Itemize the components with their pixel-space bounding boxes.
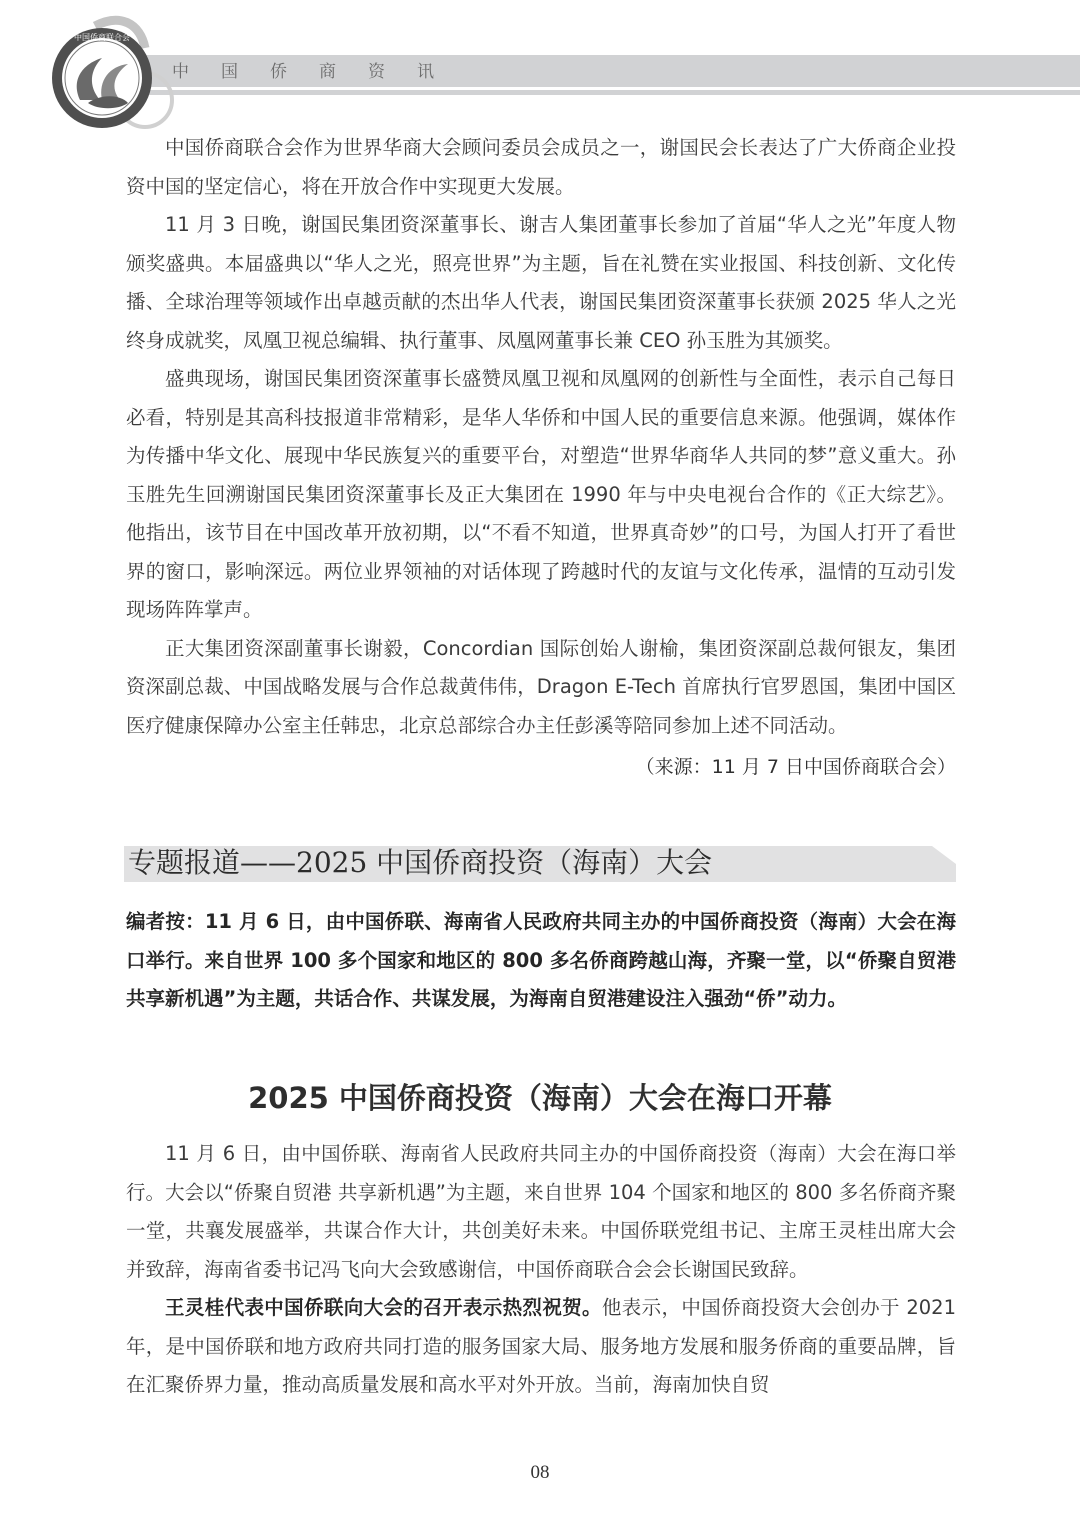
article-body: 11 月 6 日，由中国侨联、海南省人民政府共同主办的中国侨商投资（海南）大会在… — [126, 1135, 956, 1405]
page-number: 08 — [0, 1462, 1080, 1484]
paragraph: 王灵桂代表中国侨联向大会的召开表示热烈祝贺。他表示，中国侨商投资大会创办于 20… — [126, 1289, 956, 1405]
paragraph: 11 月 3 日晚，谢国民集团资深董事长、谢吉人集团董事长参加了首届“华人之光”… — [126, 206, 956, 360]
section-title: 专题报道——2025 中国侨商投资（海南）大会 — [128, 843, 712, 883]
paragraph: 盛典现场，谢国民集团资深董事长盛赞凤凰卫视和凤凰网的创新性与全面性，表示自己每日… — [126, 360, 956, 630]
article-continued-body: 中国侨商联合会作为世界华商大会顾问委员会成员之一，谢国民会长表达了广大侨商企业投… — [126, 129, 956, 745]
federation-logo-icon: 中国侨商联合会 — [40, 8, 180, 133]
paragraph-lead: 王灵桂代表中国侨联向大会的召开表示热烈祝贺。 — [165, 1296, 602, 1319]
paragraph: 正大集团资深副董事长谢毅，Concordian 国际创始人谢榆，集团资深副总裁何… — [126, 630, 956, 746]
article-title: 2025 中国侨商投资（海南）大会在海口开幕 — [0, 1078, 1080, 1118]
paragraph: 中国侨商联合会作为世界华商大会顾问委员会成员之一，谢国民会长表达了广大侨商企业投… — [126, 129, 956, 206]
header-stripe — [148, 90, 1080, 95]
paragraph: 11 月 6 日，由中国侨联、海南省人民政府共同主办的中国侨商投资（海南）大会在… — [126, 1135, 956, 1289]
header-title: 中国侨商资讯 — [172, 58, 466, 86]
svg-text:中国侨商联合会: 中国侨商联合会 — [74, 32, 130, 42]
source-attribution: （来源：11 月 7 日中国侨商联合会） — [636, 750, 956, 784]
editor-note: 编者按：11 月 6 日，由中国侨联、海南省人民政府共同主办的中国侨商投资（海南… — [126, 903, 956, 1019]
